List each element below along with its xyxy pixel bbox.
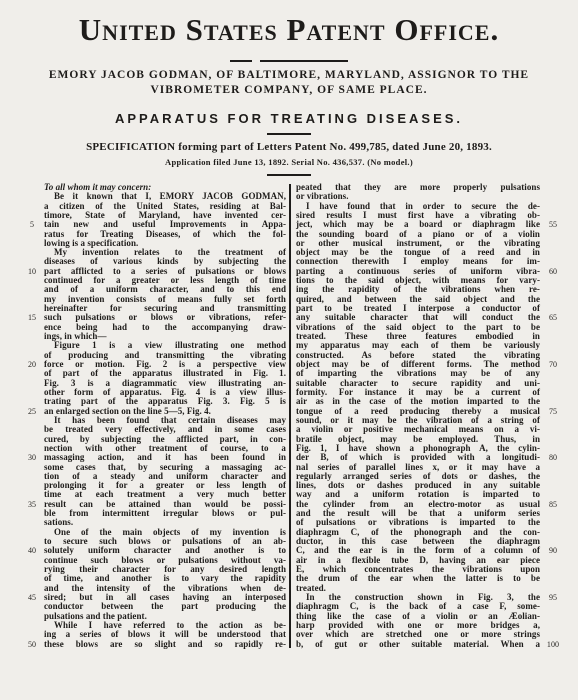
invention-title: APPARATUS FOR TREATING DISEASES. — [0, 111, 578, 126]
line-number — [20, 369, 44, 378]
line-number — [540, 239, 566, 248]
line-number — [540, 490, 566, 499]
line-number: 10 — [20, 267, 44, 276]
line-number: 65 — [540, 313, 566, 322]
line-number: 80 — [540, 453, 566, 462]
divider-dash-short — [230, 60, 252, 62]
text-line: b, of gut or other suitable material. Wh… — [296, 640, 566, 649]
line-number — [540, 295, 566, 304]
line-number — [540, 211, 566, 220]
text-line: the drum of the ear when the latter is t… — [296, 574, 566, 583]
line-number — [540, 323, 566, 332]
line-number — [20, 304, 44, 313]
specification-divider — [267, 174, 311, 176]
line-number — [20, 490, 44, 499]
line-number — [20, 435, 44, 444]
line-number — [540, 416, 566, 425]
line-number — [540, 248, 566, 257]
line-number — [20, 183, 44, 192]
line-number — [20, 202, 44, 211]
line-number: 95 — [540, 593, 566, 602]
line-number — [540, 481, 566, 490]
line-number — [540, 509, 566, 518]
line-number — [20, 509, 44, 518]
line-number — [20, 323, 44, 332]
line-number — [20, 276, 44, 285]
line-number — [540, 183, 566, 192]
line-number — [540, 379, 566, 388]
right-column: peated that they are more properly pulsa… — [296, 183, 566, 649]
line-number — [540, 332, 566, 341]
line-number: 40 — [20, 546, 44, 555]
line-number — [540, 528, 566, 537]
line-number — [540, 202, 566, 211]
line-number — [20, 463, 44, 472]
line-number — [20, 416, 44, 425]
line-number: 55 — [540, 220, 566, 229]
assignor-line-1: EMORY JACOB GODMAN, OF BALTIMORE, MARYLA… — [0, 68, 578, 83]
line-number — [20, 574, 44, 583]
line-number — [20, 425, 44, 434]
line-number: 15 — [20, 313, 44, 322]
line-number — [20, 481, 44, 490]
line-number — [540, 537, 566, 546]
line-number — [540, 192, 566, 201]
line-number — [20, 472, 44, 481]
line-number — [20, 528, 44, 537]
line-number: 75 — [540, 407, 566, 416]
line-number — [20, 341, 44, 350]
line-number — [540, 388, 566, 397]
line-number — [20, 379, 44, 388]
patent-document-page: United States Patent Office. EMORY JACOB… — [0, 0, 578, 700]
line-number — [540, 621, 566, 630]
line-number — [540, 285, 566, 294]
line-number — [540, 257, 566, 266]
line-number: 60 — [540, 267, 566, 276]
line-number — [20, 211, 44, 220]
line-number — [20, 630, 44, 639]
line-number — [540, 351, 566, 360]
line-number — [540, 444, 566, 453]
line-number — [540, 556, 566, 565]
application-line: Application filed June 13, 1892. Serial … — [0, 157, 578, 167]
column-divider — [289, 184, 291, 648]
line-number — [20, 565, 44, 574]
page-title: United States Patent Office. — [0, 14, 578, 45]
line-number: 85 — [540, 500, 566, 509]
line-number — [20, 230, 44, 239]
assignor-block: EMORY JACOB GODMAN, OF BALTIMORE, MARYLA… — [0, 68, 578, 97]
line-number — [20, 332, 44, 341]
line-number — [540, 472, 566, 481]
line-number — [540, 230, 566, 239]
line-number: 5 — [20, 220, 44, 229]
line-number — [20, 602, 44, 611]
line-number — [540, 574, 566, 583]
line-number — [20, 444, 44, 453]
line-number — [20, 285, 44, 294]
line-number — [20, 192, 44, 201]
line-number — [20, 388, 44, 397]
line-number — [20, 518, 44, 527]
line-number: 35 — [20, 500, 44, 509]
line-number — [20, 556, 44, 565]
line-number: 100 — [540, 640, 566, 649]
line-number — [20, 584, 44, 593]
line-number — [540, 602, 566, 611]
line-number — [20, 397, 44, 406]
line-number — [20, 612, 44, 621]
assignor-line-2: VIBROMETER COMPANY, OF SAME PLACE. — [0, 83, 578, 98]
line-number — [20, 248, 44, 257]
line-number — [540, 435, 566, 444]
line-number: 90 — [540, 546, 566, 555]
body-columns: To all whom it may concern:Be it known t… — [20, 183, 566, 649]
line-number: 20 — [20, 360, 44, 369]
line-number: 50 — [20, 640, 44, 649]
line-number — [540, 612, 566, 621]
text-line: 50these blows are so slight and so rapid… — [20, 640, 286, 649]
heading-divider — [267, 133, 311, 135]
line-number — [540, 584, 566, 593]
title-divider — [0, 52, 578, 55]
line-number — [540, 276, 566, 285]
line-number — [20, 537, 44, 546]
line-number — [540, 369, 566, 378]
line-number — [540, 397, 566, 406]
line-number: 30 — [20, 453, 44, 462]
specification-line: SPECIFICATION forming part of Letters Pa… — [0, 141, 578, 153]
line-number: 70 — [540, 360, 566, 369]
line-number — [540, 304, 566, 313]
divider-dash-long — [260, 60, 348, 62]
line-text: b, of gut or other suitable material. Wh… — [296, 640, 540, 649]
line-number — [540, 630, 566, 639]
line-number: 25 — [20, 407, 44, 416]
line-number — [540, 341, 566, 350]
line-text: these blows are so slight and so rapidly… — [44, 640, 286, 649]
line-text: the drum of the ear when the latter is t… — [296, 574, 540, 583]
line-number — [20, 257, 44, 266]
line-number — [20, 295, 44, 304]
line-number: 45 — [20, 593, 44, 602]
line-number — [20, 351, 44, 360]
line-number — [20, 621, 44, 630]
line-text: ble from intermittent irregular blows or… — [44, 509, 286, 518]
line-number — [540, 565, 566, 574]
line-number — [540, 425, 566, 434]
line-number — [540, 463, 566, 472]
line-number — [540, 518, 566, 527]
left-column: To all whom it may concern:Be it known t… — [20, 183, 286, 649]
line-number — [20, 239, 44, 248]
